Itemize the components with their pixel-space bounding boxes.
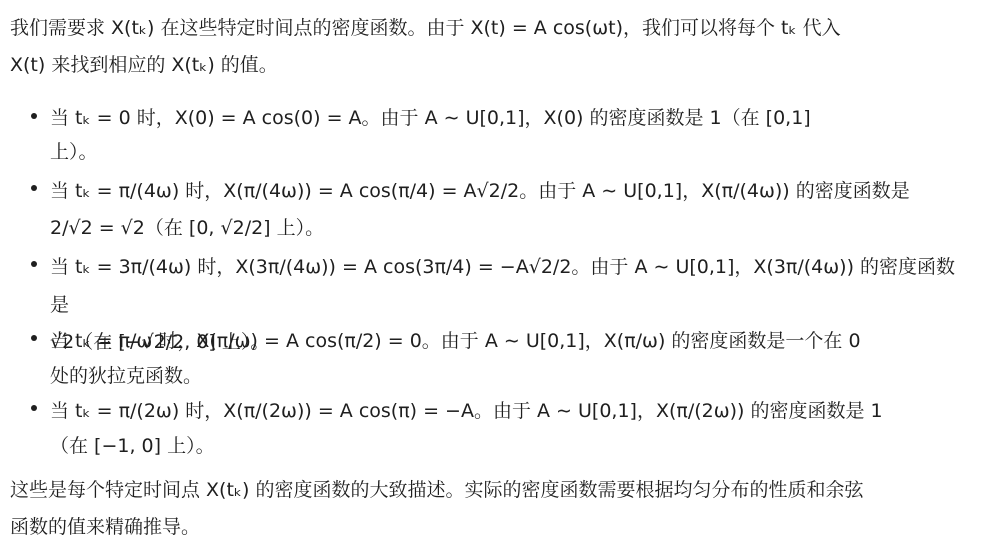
list-item: 当 tₖ = π/(4ω) 时，X(π/(4ω)) = A cos(π/4) =…: [10, 172, 970, 248]
list-item-line-1: 当 tₖ = 3π/(4ω) 时，X(3π/(4ω)) = A cos(3π/4…: [50, 248, 970, 324]
list-item: 当 tₖ = 3π/(4ω) 时，X(3π/(4ω)) = A cos(3π/4…: [10, 248, 970, 322]
outro-line-1: 这些是每个特定时间点 X(tₖ) 的密度函数的大致描述。实际的密度函数需要根据均…: [10, 472, 970, 509]
list-item-line-1: 当 tₖ = 0 时，X(0) = A cos(0) = A。由于 A ∼ U[…: [50, 100, 970, 136]
list-item: 当 tₖ = 0 时，X(0) = A cos(0) = A。由于 A ∼ U[…: [10, 100, 970, 172]
bullet-icon: [31, 261, 37, 267]
list-item-line-2: 处的狄拉克函数。: [50, 360, 970, 392]
intro-line-2: X(t) 来找到相应的 X(tₖ) 的值。: [10, 47, 970, 84]
bullet-icon: [31, 335, 37, 341]
bullet-list: 当 tₖ = 0 时，X(0) = A cos(0) = A。由于 A ∼ U[…: [10, 100, 970, 464]
list-item-line-1: 当 tₖ = π/(4ω) 时，X(π/(4ω)) = A cos(π/4) =…: [50, 172, 970, 210]
list-item-line-1: 当 tₖ = π/(2ω) 时，X(π/(2ω)) = A cos(π) = −…: [50, 392, 970, 430]
intro-paragraph: 我们需要求 X(tₖ) 在这些特定时间点的密度函数。由于 X(t) = A co…: [10, 10, 970, 84]
outro-paragraph: 这些是每个特定时间点 X(tₖ) 的密度函数的大致描述。实际的密度函数需要根据均…: [10, 472, 970, 544]
bullet-icon: [31, 405, 37, 411]
bullet-icon: [31, 113, 37, 119]
outro-line-2: 函数的值来精确推导。: [10, 509, 970, 544]
bullet-icon: [31, 185, 37, 191]
list-item: 当 tₖ = π/(2ω) 时，X(π/(2ω)) = A cos(π) = −…: [10, 392, 970, 464]
list-item-line-1: 当 tₖ = π/ω 时，X(π/ω) = A cos(π/2) = 0。由于 …: [50, 322, 970, 360]
list-item-line-2: 上）。: [50, 136, 970, 168]
intro-line-1: 我们需要求 X(tₖ) 在这些特定时间点的密度函数。由于 X(t) = A co…: [10, 10, 970, 47]
list-item-line-2: 2/√2 = √2（在 [0, √2/2] 上）。: [50, 210, 970, 246]
list-item: 当 tₖ = π/ω 时，X(π/ω) = A cos(π/2) = 0。由于 …: [10, 322, 970, 392]
list-item-line-2: （在 [−1, 0] 上）。: [50, 430, 970, 462]
